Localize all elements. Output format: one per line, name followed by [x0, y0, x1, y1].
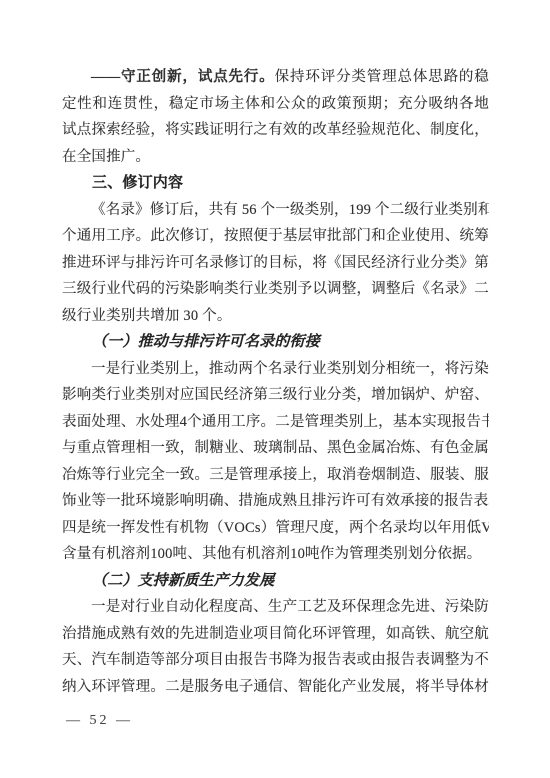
text-line: 三级行业代码的污染影响类行业类别予以调整，调整后《名录》二 — [62, 276, 489, 303]
text-line: 推进环评与排污许可名录修订的目标，将《国民经济行业分类》第 — [62, 250, 489, 277]
text-line: 治措施成熟有效的先进制造业项目简化环评管理，如高铁、航空航 — [62, 621, 489, 648]
text-line: 定性和连贯性，稳定市场主体和公众的政策预期；充分吸纳各地 — [62, 91, 489, 118]
paragraph: 《名录》修订后，共有 56 个一级类别，199 个二级行业类别和 4个通用工序。… — [62, 197, 489, 330]
text-line: 纳入环评管理。二是服务电子通信、智能化产业发展，将半导体材 — [62, 674, 489, 701]
text-line: 试点探索经验，将实践证明行之有效的改革经验规范化、制度化， — [62, 117, 489, 144]
paragraph: 一是对行业自动化程度高、生产工艺及环保理念先进、污染防治措施成熟有效的先进制造业… — [62, 594, 489, 700]
text-line: 一是对行业自动化程度高、生产工艺及环保理念先进、污染防 — [62, 594, 489, 621]
text-line: 与重点管理相一致，制糖业、玻璃制品、黑色金属冶炼、有色金属 — [62, 435, 489, 462]
document-page: ——守正创新，试点先行。保持环评分类管理总体思路的稳定性和连贯性，稳定市场主体和… — [0, 0, 550, 778]
text-line: 四是统一挥发性有机物（VOCs）管理尺度，两个名录均以年用低VOCs — [62, 515, 489, 542]
text-line: 一是行业类别上，推动两个名录行业类别划分相统一，将污染 — [62, 356, 489, 383]
text-line: 三、修订内容 — [62, 170, 489, 197]
section-heading: 三、修订内容 — [62, 170, 489, 197]
text-line: 个通用工序。此次修订，按照便于基层审批部门和企业使用、统筹 — [62, 223, 489, 250]
section-heading: （二）支持新质生产力发展 — [62, 568, 489, 595]
text-line: （二）支持新质生产力发展 — [62, 568, 489, 595]
text-line: 天、汽车制造等部分项目由报告书降为报告表或由报告表调整为不 — [62, 647, 489, 674]
text-line: （一）推动与排污许可名录的衔接 — [62, 329, 489, 356]
paragraph: 一是行业类别上，推动两个名录行业类别划分相统一，将污染影响类行业类别对应国民经济… — [62, 356, 489, 568]
paragraph: ——守正创新，试点先行。保持环评分类管理总体思路的稳定性和连贯性，稳定市场主体和… — [62, 64, 489, 170]
text-line: 《名录》修订后，共有 56 个一级类别，199 个二级行业类别和 4 — [62, 197, 489, 224]
text-line: 含量有机溶剂100吨、其他有机溶剂10吨作为管理类别划分依据。 — [62, 541, 489, 568]
text-line: 在全国推广。 — [62, 144, 489, 171]
text-line: 饰业等一批环境影响明确、措施成熟且排污许可有效承接的报告表。 — [62, 488, 489, 515]
text-line: 影响类行业类别对应国民经济第三级行业分类，增加锅炉、炉窑、 — [62, 382, 489, 409]
text-line: 级行业类别共增加 30 个。 — [62, 303, 489, 330]
section-heading: （一）推动与排污许可名录的衔接 — [62, 329, 489, 356]
text-line: 表面处理、水处理4个通用工序。二是管理类别上，基本实现报告书 — [62, 409, 489, 436]
text-line: 冶炼等行业完全一致。三是管理承接上，取消卷烟制造、服装、服 — [62, 462, 489, 489]
document-body: ——守正创新，试点先行。保持环评分类管理总体思路的稳定性和连贯性，稳定市场主体和… — [62, 64, 489, 700]
text-line: ——守正创新，试点先行。保持环评分类管理总体思路的稳 — [62, 64, 489, 91]
page-number: — 52 — — [66, 711, 133, 731]
emphasis-phrase: ——守正创新，试点先行。 — [91, 69, 275, 85]
